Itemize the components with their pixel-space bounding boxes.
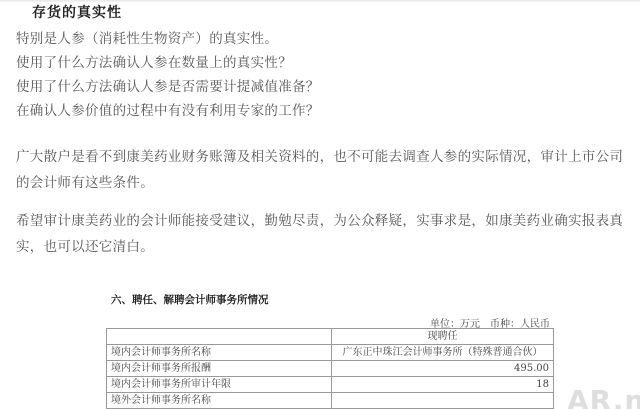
table-row: 境外会计师事务所名称	[107, 393, 554, 409]
table-row: 境内会计师事务所报酬 495.00	[107, 361, 554, 377]
paragraph: 广大散户是看不到康美药业财务账簿及相关资料的，也不可能去调查人参的实际情况，审计…	[16, 144, 626, 196]
table-header-cell: 现聘任	[332, 329, 554, 345]
table-cell	[332, 393, 554, 409]
report-section-title: 六、聘任、解聘会计师事务所情况	[111, 292, 269, 307]
table-cell: 18	[332, 377, 554, 393]
paragraph: 希望审计康美药业的会计师能接受建议，勤勉尽责，为公众释疑，实事求是，如康美药业确…	[16, 208, 626, 260]
table-cell: 境内会计师事务所报酬	[107, 361, 332, 377]
table-header-row: 现聘任	[107, 329, 554, 345]
table-cell: 495.00	[332, 361, 554, 377]
auditor-table: 现聘任 境内会计师事务所名称 广东正中珠江会计师事务所（特殊普通合伙） 境内会计…	[106, 328, 554, 409]
text-line: 使用了什么方法确认人参是否需要计提减值准备？	[16, 75, 320, 95]
table-cell: 境外会计师事务所名称	[107, 393, 332, 409]
table-row: 境内会计师事务所审计年限 18	[107, 377, 554, 393]
table-cell: 广东正中珠江会计师事务所（特殊普通合伙）	[332, 345, 554, 361]
table-cell	[107, 329, 332, 345]
watermark-logo: AR.nm	[567, 384, 640, 409]
section-heading: 存货的真实性	[32, 2, 122, 22]
text-line: 在确认人参价值的过程中有没有利用专家的工作？	[16, 99, 320, 119]
table-cell: 境内会计师事务所审计年限	[107, 377, 332, 393]
table-row: 境内会计师事务所名称 广东正中珠江会计师事务所（特殊普通合伙）	[107, 345, 554, 361]
table-cell: 境内会计师事务所名称	[107, 345, 332, 361]
text-line: 特别是人参（消耗性生物资产）的真实性。	[16, 27, 278, 47]
text-line: 使用了什么方法确认人参在数量上的真实性？	[16, 51, 292, 71]
